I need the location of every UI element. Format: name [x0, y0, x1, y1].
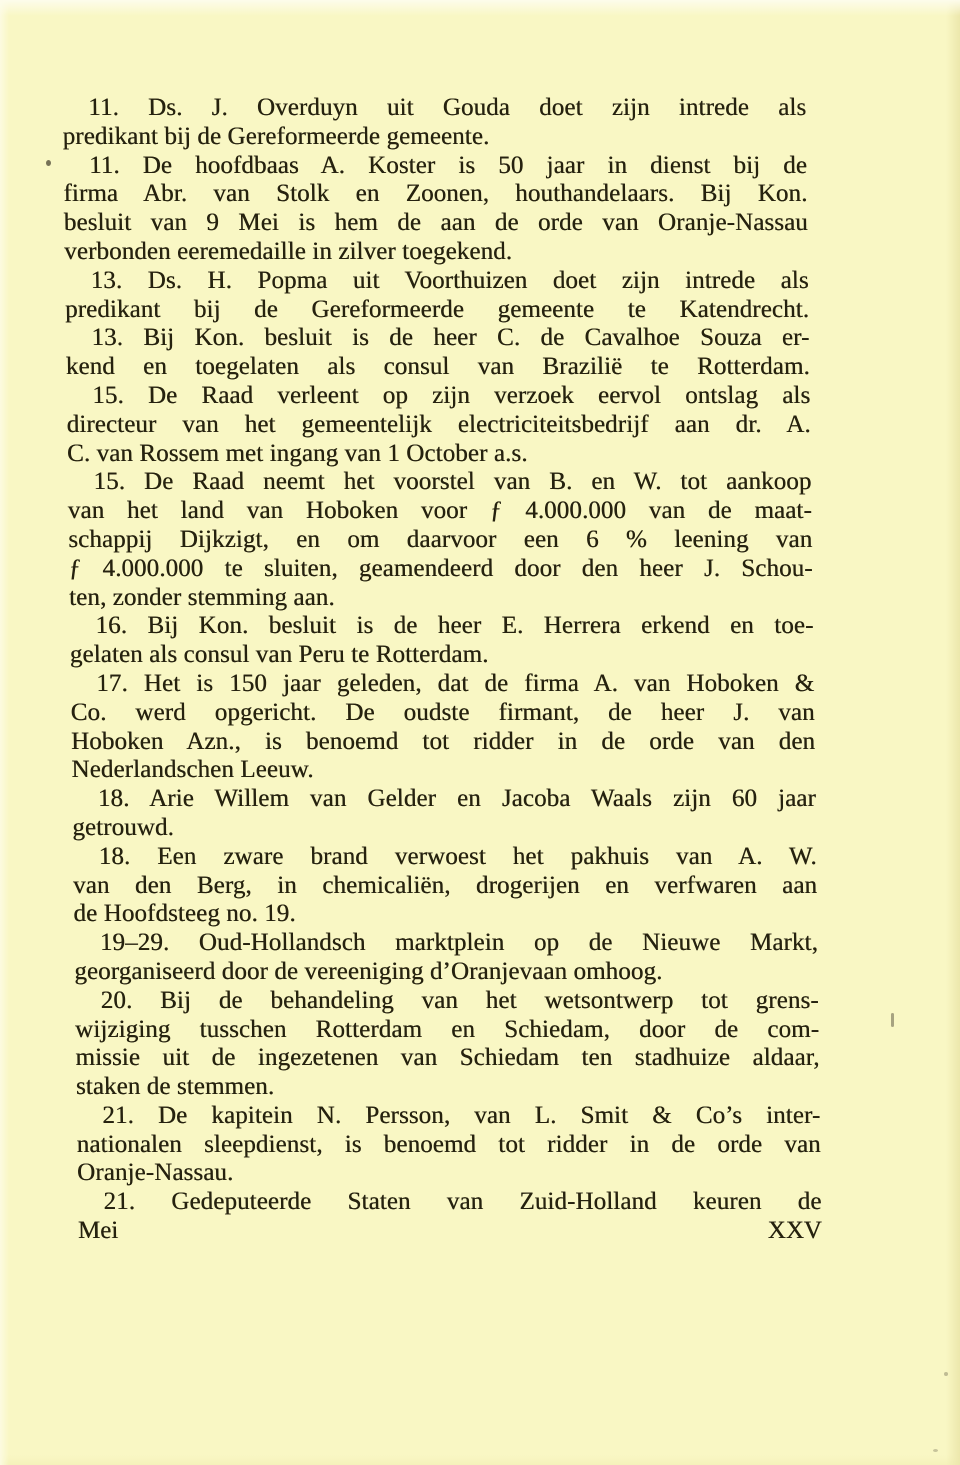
text-line: 20. Bij de behandeling van het wetsontwe…: [74, 987, 818, 1016]
text-line: 16. Bij Kon. besluit is de heer E. Herre…: [69, 612, 813, 641]
scan-speck: [933, 1449, 938, 1452]
text-line: 13. Ds. H. Popma uit Voorthuizen doet zi…: [64, 267, 808, 296]
text-line: kend en toegelaten als consul van Brazil…: [66, 353, 810, 382]
scanned-book-page: 11. Ds. J. Overduyn uit Gouda doet zijn …: [0, 0, 960, 1465]
text-line: besluit van 9 Mei is hem de aan de orde …: [64, 209, 808, 238]
scan-speck: [891, 1013, 894, 1027]
text-line: van den Berg, in chemicaliën, drogerijen…: [73, 872, 817, 901]
body-text: 11. Ds. J. Overduyn uit Gouda doet zijn …: [62, 94, 822, 1217]
text-line: 15. De Raad neemt het voorstel van B. en…: [67, 468, 811, 497]
text-line: 18. Een zware brand verwoest het pakhuis…: [72, 843, 816, 872]
text-line: nationalen sleepdienst, is benoemd tot r…: [76, 1131, 820, 1160]
catchword-month: Mei: [78, 1217, 119, 1246]
text-line: 21. De kapitein N. Persson, van L. Smit …: [76, 1102, 820, 1131]
text-line: van het land van Hoboken voor ƒ 4.000.00…: [68, 497, 812, 526]
text-line: 13. Bij Kon. besluit is de heer C. de Ca…: [65, 324, 809, 353]
text-line: 15. De Raad verleent op zijn verzoek eer…: [66, 382, 810, 411]
page-signature-number: XXV: [768, 1217, 823, 1246]
text-line: schappij Dijkzigt, en om daarvoor een 6 …: [68, 526, 812, 555]
text-line: de Hoofdsteeg no. 19.: [73, 900, 817, 929]
text-line: wijziging tusschen Rotterdam en Schiedam…: [75, 1016, 819, 1045]
text-line: Oranje-Nassau.: [77, 1159, 821, 1188]
text-line: Hoboken Azn., is benoemd tot ridder in d…: [71, 728, 815, 757]
text-line: Co. werd opgericht. De oudste firmant, d…: [70, 699, 814, 728]
text-line: directeur van het gemeentelijk electrici…: [66, 411, 810, 440]
scan-speck: [944, 1372, 948, 1376]
text-block: 11. Ds. J. Overduyn uit Gouda doet zijn …: [62, 94, 822, 1246]
text-line: missie uit de ingezetenen van Schiedam t…: [75, 1044, 819, 1073]
text-line: predikant bij de Gereformeerde gemeente …: [65, 296, 809, 325]
text-line: 11. Ds. J. Overduyn uit Gouda doet zijn …: [62, 94, 806, 123]
text-line: 21. Gedeputeerde Staten van Zuid-Holland…: [77, 1188, 821, 1217]
text-line: Nederlandschen Leeuw.: [71, 756, 815, 785]
text-line: staken de stemmen.: [76, 1073, 820, 1102]
text-line: C. van Rossem met ingang van 1 October a…: [67, 440, 811, 469]
text-line: gelaten als consul van Peru te Rotterdam…: [70, 641, 814, 670]
text-line: 19–29. Oud-Hollandsch marktplein op de N…: [74, 929, 818, 958]
scan-speck: [46, 160, 51, 166]
page-footer: Mei XXV: [78, 1217, 822, 1246]
text-line: getrouwd.: [72, 814, 816, 843]
text-line: 11. De hoofdbaas A. Koster is 50 jaar in…: [63, 152, 807, 181]
text-line: verbonden eeremedaille in zilver toegeke…: [64, 238, 808, 267]
text-line: predikant bij de Gereformeerde gemeente.: [62, 123, 806, 152]
text-line: georganiseerd door de vereeniging d’Oran…: [74, 958, 818, 987]
text-line: 17. Het is 150 jaar geleden, dat de firm…: [70, 670, 814, 699]
text-line: 18. Arie Willem van Gelder en Jacoba Waa…: [72, 785, 816, 814]
text-line: ten, zonder stemming aan.: [69, 584, 813, 613]
text-line: ƒ 4.000.000 te sluiten, geamendeerd door…: [68, 555, 812, 584]
text-line: firma Abr. van Stolk en Zoonen, houthand…: [63, 180, 807, 209]
